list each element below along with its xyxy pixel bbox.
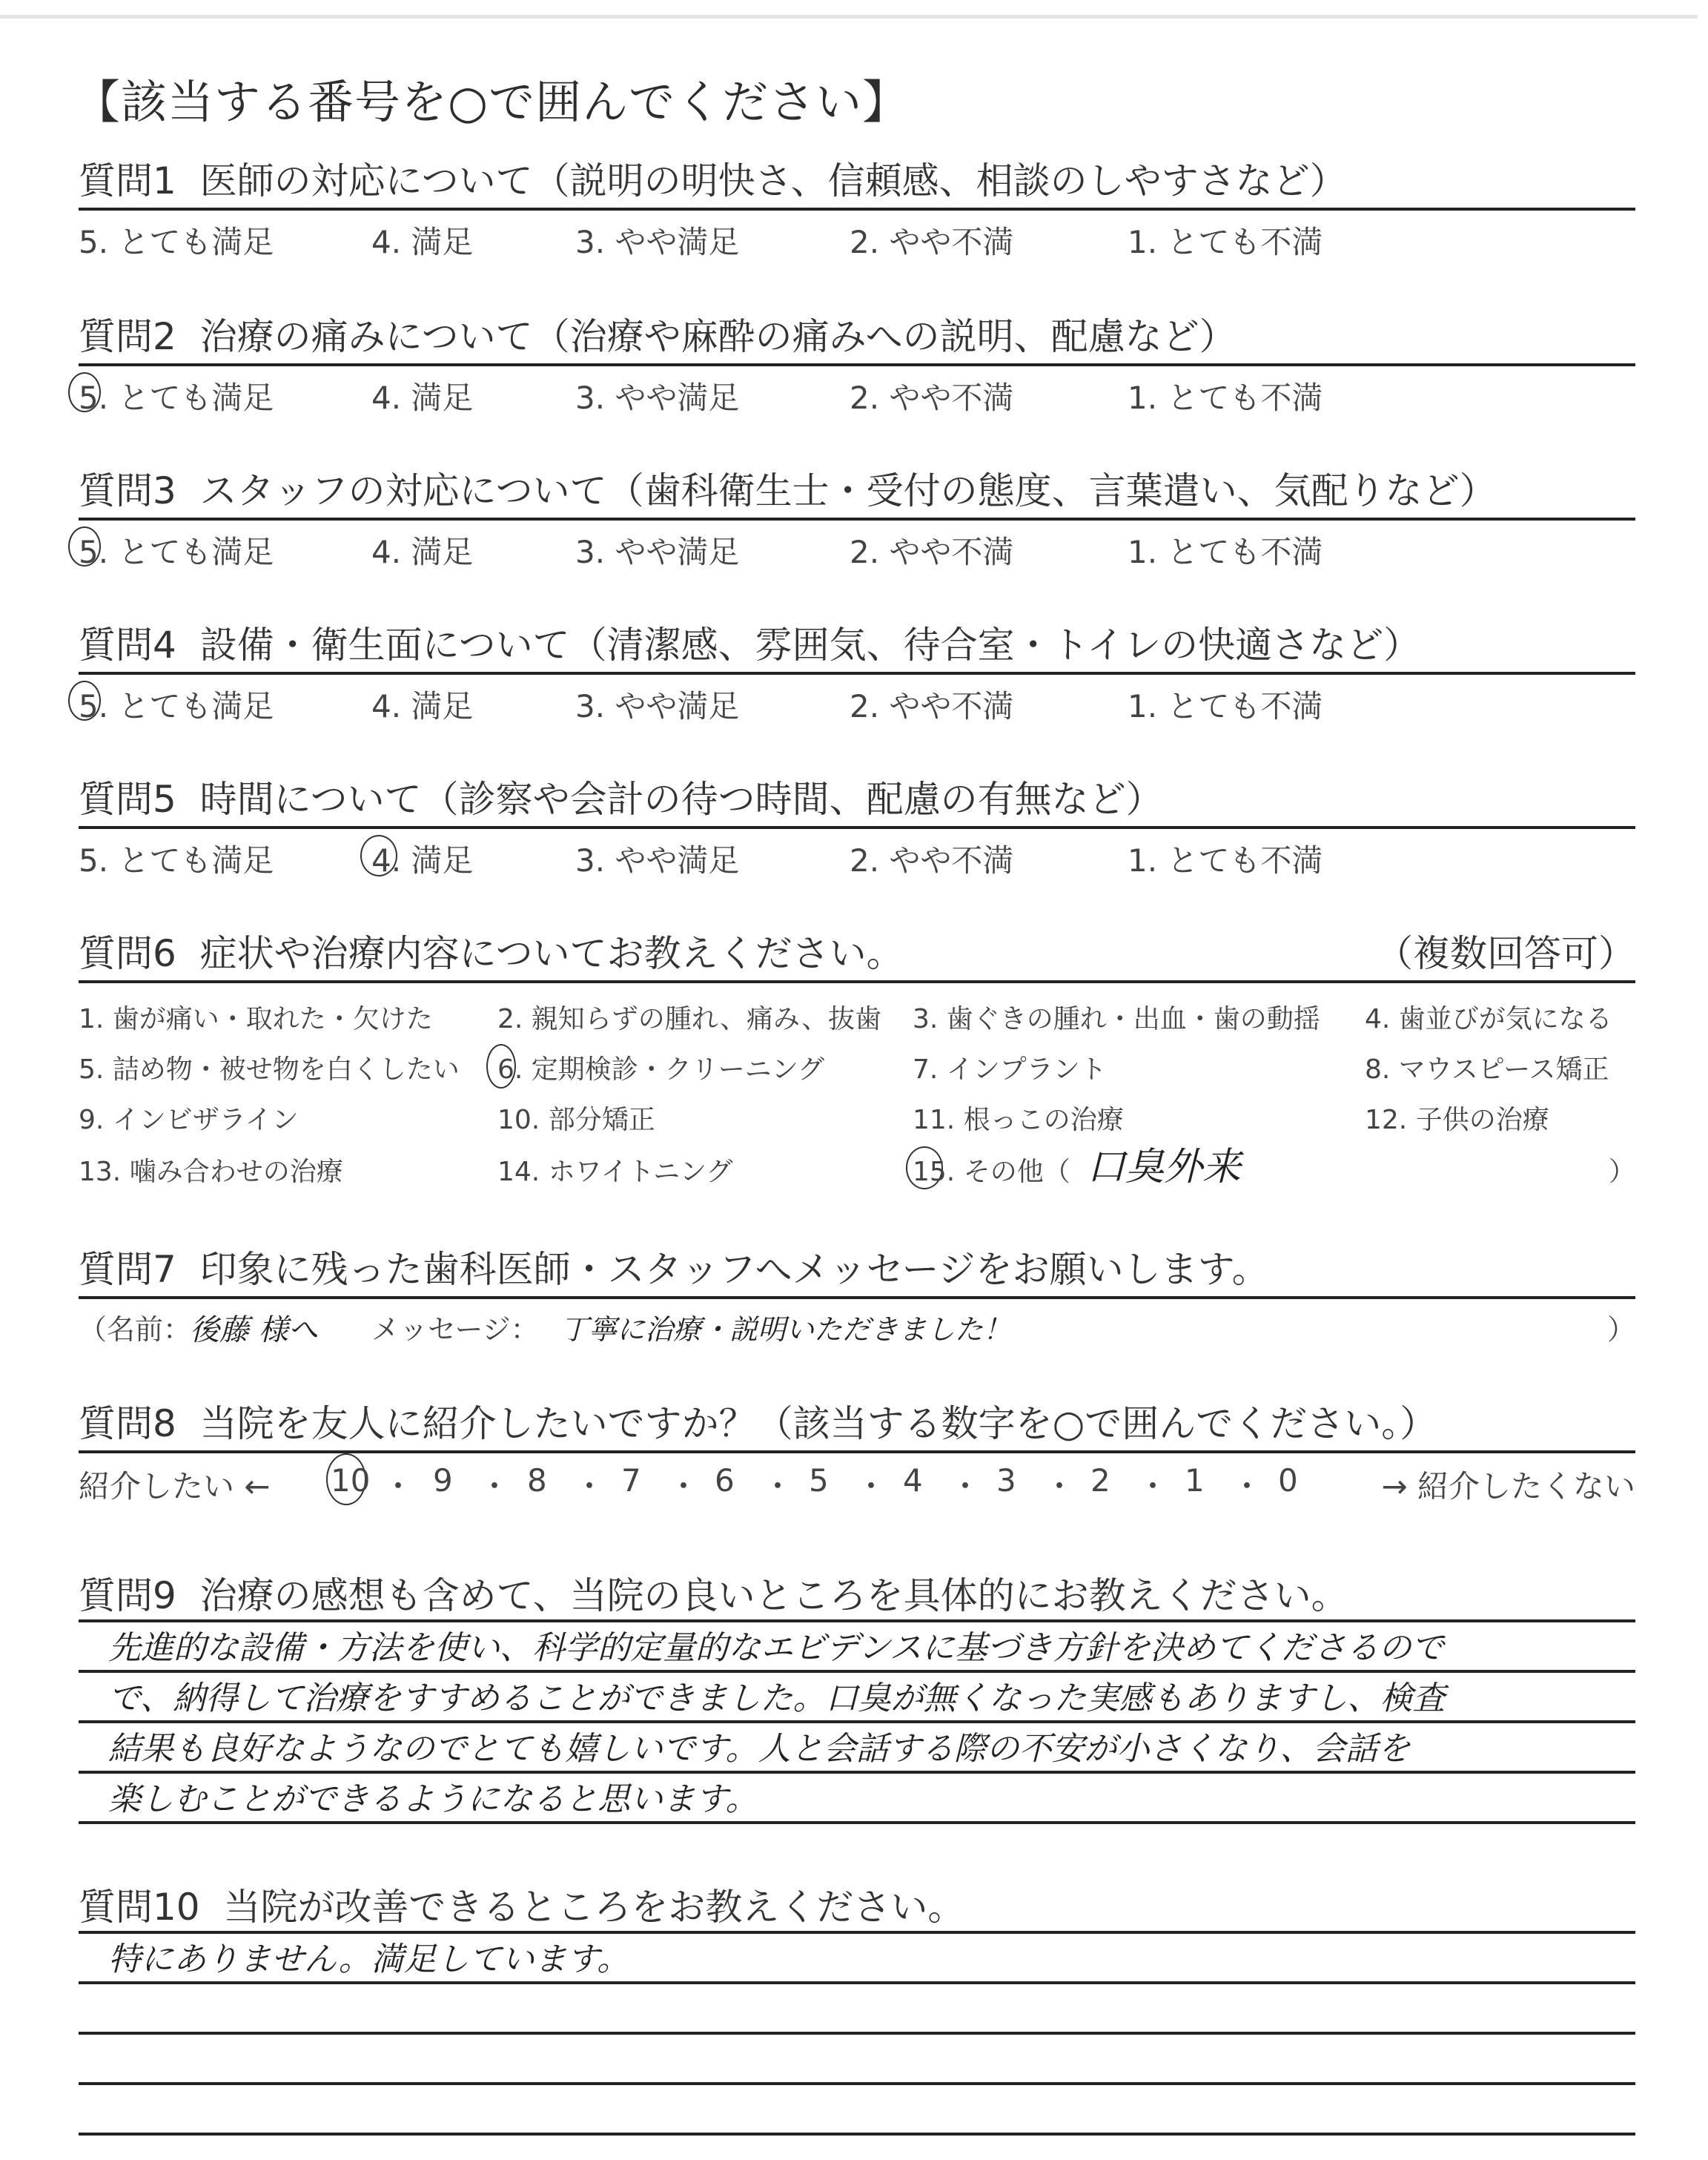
option-1[interactable]: 1. とても不満 bbox=[1128, 528, 1323, 572]
option-2[interactable]: 2. やや不満 bbox=[850, 836, 1013, 881]
answer-line[interactable]: 楽しむことができるようになると思います。 bbox=[79, 1774, 1635, 1821]
page-title: 【該当する番号を○で囲んでください】 bbox=[74, 65, 909, 131]
q-text: 治療の痛みについて（治療や麻酔の痛みへの説明、配慮など） bbox=[200, 315, 1237, 358]
score-2[interactable]: 2 bbox=[1090, 1462, 1110, 1499]
q-text: スタッフの対応について（歯科衛生士・受付の態度、言葉遣い、気配りなど） bbox=[200, 469, 1497, 512]
q-label: 質問4 bbox=[79, 624, 176, 667]
message-input[interactable]: 丁寧に治療・説明いただきました！ bbox=[560, 1307, 1011, 1347]
q-text: 治療の感想も含めて、当院の良いところを具体的にお教えください。 bbox=[200, 1574, 1348, 1617]
option-4[interactable]: 4. 満足 bbox=[371, 374, 473, 418]
question-5: 質問5 時間について（診察や会計の待つ時間、配慮の有無など） 5. とても満足 … bbox=[79, 776, 1635, 881]
option-4[interactable]: 4. 満足 bbox=[371, 682, 473, 727]
q-label: 質問8 bbox=[79, 1402, 176, 1445]
option-1[interactable]: 1. とても不満 bbox=[1128, 682, 1323, 727]
option-1[interactable]: 1. とても不満 bbox=[1128, 374, 1323, 418]
option-5[interactable]: 5. とても満足 bbox=[79, 218, 274, 262]
question-9: 質問9 治療の感想も含めて、当院の良いところを具体的にお教えください。 先進的な… bbox=[79, 1572, 1635, 1824]
answer-line[interactable]: で、納得して治療をすすめることができました。口臭が無くなった実感もありますし、検… bbox=[79, 1673, 1635, 1720]
close-paren: ） bbox=[1607, 1307, 1635, 1347]
question-4: 質問4 設備・衛生面について（清潔感、雰囲気、待合室・トイレの快適さなど） 5.… bbox=[79, 621, 1635, 727]
option-3[interactable]: 3. やや満足 bbox=[575, 682, 739, 727]
name-label: （名前： bbox=[79, 1307, 191, 1347]
answer-line[interactable]: 特にありません。満足しています。 bbox=[79, 1934, 1635, 1981]
item-13[interactable]: 13. 噛み合わせの治療 bbox=[79, 1151, 343, 1189]
option-2[interactable]: 2. やや不満 bbox=[850, 218, 1013, 262]
option-2[interactable]: 2. やや不満 bbox=[850, 374, 1013, 418]
question-8: 質問8 当院を友人に紹介したいですか？（該当する数字を○で囲んでください。） 紹… bbox=[79, 1400, 1635, 1505]
question-3: 質問3 スタッフの対応について（歯科衛生士・受付の態度、言葉遣い、気配りなど） … bbox=[79, 467, 1635, 572]
recommend-right-label: → 紹介したくない bbox=[1381, 1462, 1635, 1507]
score-1[interactable]: 1 bbox=[1185, 1462, 1205, 1499]
score-4[interactable]: 4 bbox=[903, 1462, 923, 1499]
other-input[interactable]: 口臭外来 bbox=[1087, 1135, 1241, 1191]
message-label: メッセージ： bbox=[371, 1307, 539, 1347]
option-2[interactable]: 2. やや不満 bbox=[850, 682, 1013, 727]
option-5[interactable]: 5. とても満足 bbox=[79, 836, 274, 881]
option-1[interactable]: 1. とても不満 bbox=[1128, 836, 1323, 881]
item-7[interactable]: 7. インプラント bbox=[913, 1048, 1107, 1086]
q-label: 質問10 bbox=[79, 1886, 200, 1929]
option-3[interactable]: 3. やや満足 bbox=[575, 528, 739, 572]
option-1[interactable]: 1. とても不満 bbox=[1128, 218, 1323, 262]
question-1: 質問1 医師の対応について（説明の明快さ、信頼感、相談のしやすさなど） 5. と… bbox=[79, 157, 1635, 262]
close-paren: ） bbox=[1609, 1151, 1635, 1189]
item-1[interactable]: 1. 歯が痛い・取れた・欠けた bbox=[79, 998, 433, 1036]
score-9[interactable]: 9 bbox=[433, 1462, 453, 1499]
item-14[interactable]: 14. ホワイトニング bbox=[497, 1151, 732, 1189]
q-label: 質問6 bbox=[79, 932, 176, 975]
answer-line[interactable]: 先進的な設備・方法を使い、科学的定量的なエビデンスに基づき方針を決めてくださるの… bbox=[79, 1622, 1635, 1670]
item-5[interactable]: 5. 詰め物・被せ物を白くしたい bbox=[79, 1048, 460, 1086]
top-border bbox=[0, 15, 1698, 19]
score-10[interactable]: 10 bbox=[331, 1462, 370, 1499]
q-label: 質問9 bbox=[79, 1574, 176, 1617]
item-2[interactable]: 2. 親知らずの腫れ、痛み、抜歯 bbox=[497, 998, 881, 1036]
divider bbox=[79, 1821, 1635, 1824]
item-12[interactable]: 12. 子供の治療 bbox=[1365, 1099, 1549, 1137]
item-4[interactable]: 4. 歯並びが気になる bbox=[1365, 998, 1612, 1036]
option-5[interactable]: 5. とても満足 bbox=[79, 374, 274, 418]
question-2: 質問2 治療の痛みについて（治療や麻酔の痛みへの説明、配慮など） 5. とても満… bbox=[79, 313, 1635, 418]
score-8[interactable]: 8 bbox=[527, 1462, 547, 1499]
item-8[interactable]: 8. マウスピース矯正 bbox=[1365, 1048, 1609, 1086]
q-text: 当院が改善できるところをお教えください。 bbox=[223, 1886, 964, 1929]
multi-answer-note: （複数回答可） bbox=[1376, 930, 1635, 977]
score-3[interactable]: 3 bbox=[996, 1462, 1016, 1499]
q-label: 質問5 bbox=[79, 778, 176, 821]
q-text: 医師の対応について（説明の明快さ、信頼感、相談のしやすさなど） bbox=[200, 159, 1347, 202]
option-4[interactable]: 4. 満足 bbox=[371, 218, 473, 262]
score-6[interactable]: 6 bbox=[715, 1462, 735, 1499]
question-10: 質問10 当院が改善できるところをお教えください。 特にありません。満足していま… bbox=[79, 1883, 1635, 2136]
q-label: 質問1 bbox=[79, 159, 176, 202]
score-5[interactable]: 5 bbox=[809, 1462, 829, 1499]
answer-line[interactable] bbox=[79, 2035, 1635, 2082]
question-7: 質問7 印象に残った歯科医師・スタッフへメッセージをお願いします。 （名前： 後… bbox=[79, 1246, 1635, 1351]
answer-line[interactable] bbox=[79, 2085, 1635, 2133]
score-7[interactable]: 7 bbox=[621, 1462, 641, 1499]
divider bbox=[79, 2133, 1635, 2136]
recommend-left-label: 紹介したい ← bbox=[79, 1462, 271, 1507]
q-text: 当院を友人に紹介したいですか？（該当する数字を○で囲んでください。） bbox=[200, 1402, 1437, 1445]
option-4[interactable]: 4. 満足 bbox=[371, 528, 473, 572]
q-label: 質問3 bbox=[79, 469, 176, 512]
q-text: 印象に残った歯科医師・スタッフへメッセージをお願いします。 bbox=[200, 1248, 1269, 1291]
answer-line[interactable]: 結果も良好なようなのでとても嬉しいです。人と会話する際の不安が小さくなり、会話を bbox=[79, 1723, 1635, 1771]
q-text: 時間について（診察や会計の待つ時間、配慮の有無など） bbox=[200, 778, 1163, 821]
q-text: 症状や治療内容についてお教えください。 bbox=[200, 932, 904, 975]
option-5[interactable]: 5. とても満足 bbox=[79, 682, 274, 727]
option-3[interactable]: 3. やや満足 bbox=[575, 374, 739, 418]
option-5[interactable]: 5. とても満足 bbox=[79, 528, 274, 572]
option-2[interactable]: 2. やや不満 bbox=[850, 528, 1013, 572]
q-label: 質問7 bbox=[79, 1248, 176, 1291]
item-3[interactable]: 3. 歯ぐきの腫れ・出血・歯の動揺 bbox=[913, 998, 1320, 1036]
q-label: 質問2 bbox=[79, 315, 176, 358]
item-10[interactable]: 10. 部分矯正 bbox=[497, 1099, 655, 1137]
option-3[interactable]: 3. やや満足 bbox=[575, 836, 739, 881]
score-0[interactable]: 0 bbox=[1278, 1462, 1298, 1499]
item-6[interactable]: 6. 定期検診・クリーニング bbox=[497, 1048, 824, 1086]
item-9[interactable]: 9. インビザライン bbox=[79, 1099, 299, 1137]
q-text: 設備・衛生面について（清潔感、雰囲気、待合室・トイレの快適さなど） bbox=[200, 624, 1421, 667]
question-6: 質問6 症状や治療内容についてお教えください。（複数回答可） 1. 歯が痛い・取… bbox=[79, 930, 1635, 1206]
option-3[interactable]: 3. やや満足 bbox=[575, 218, 739, 262]
item-11[interactable]: 11. 根っこの治療 bbox=[913, 1099, 1124, 1137]
option-4[interactable]: 4. 満足 bbox=[371, 836, 473, 881]
name-input[interactable]: 後藤 様へ bbox=[190, 1307, 318, 1349]
answer-line[interactable] bbox=[79, 1984, 1635, 2032]
item-15[interactable]: 15. その他（ bbox=[913, 1151, 1070, 1189]
